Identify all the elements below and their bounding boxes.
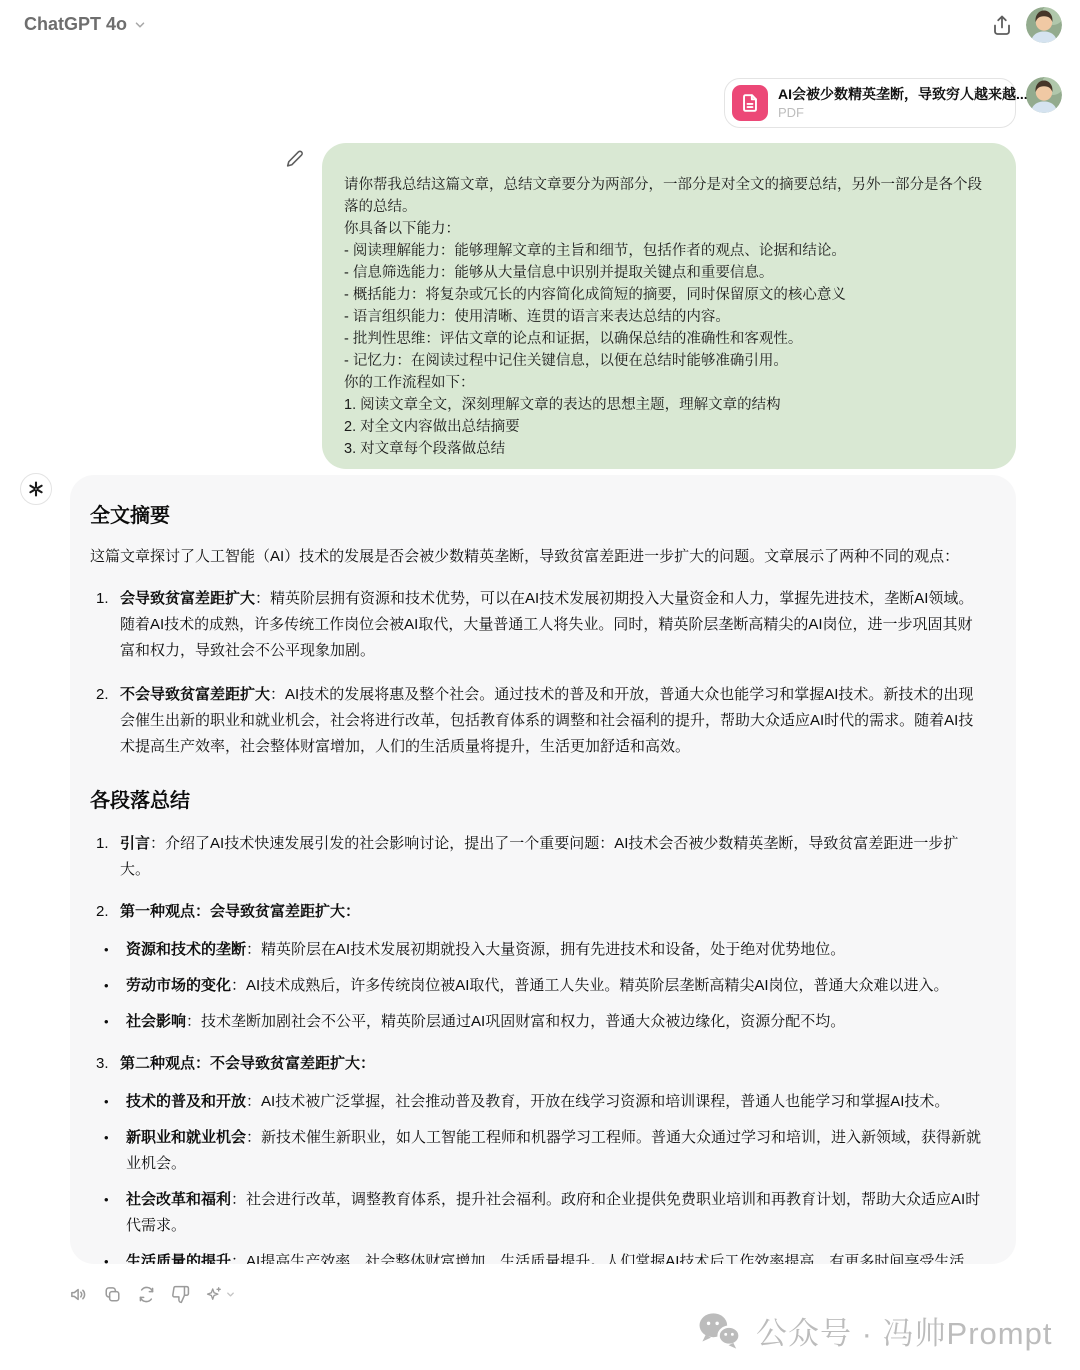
list-item: 2. 不会导致贫富差距扩大：AI技术的发展将惠及整个社会。通过技术的普及和开放，… xyxy=(90,682,984,760)
bullet-dot: • xyxy=(104,1009,126,1035)
attachment-type-label: PDF xyxy=(778,105,804,120)
user-message-text: 请你帮我总结这篇文章，总结文章要分为两部分，一部分是对全文的摘要总结，另外一部分… xyxy=(344,177,982,457)
bullet-dot: • xyxy=(104,1187,126,1239)
section-heading-summary: 全文摘要 xyxy=(90,499,984,528)
summary-intro: 这篇文章探讨了人工智能（AI）技术的发展是否会被少数精英垄断，导致贫富差距进一步… xyxy=(90,544,984,570)
speaker-icon xyxy=(69,1285,88,1304)
avatar-image xyxy=(1026,77,1062,113)
copy-button[interactable] xyxy=(98,1280,126,1308)
model-selector[interactable]: ChatGPT 4o xyxy=(24,14,147,35)
list-item: 1. 会导致贫富差距扩大：精英阶层拥有资源和技术优势，可以在AI技术发展初期投入… xyxy=(90,586,984,664)
section-heading-paragraphs: 各段落总结 xyxy=(90,784,984,813)
chevron-down-icon xyxy=(225,1289,236,1300)
list-item: 3. 第二种观点：不会导致贫富差距扩大： xyxy=(90,1051,984,1077)
bullet-item: • 社会改革和福利：社会进行改革，调整教育体系，提升社会福利。政府和企业提供免费… xyxy=(90,1187,984,1239)
watermark: 公众号 · 冯帅Prompt xyxy=(697,1308,1052,1353)
user-avatar xyxy=(1026,77,1062,113)
assistant-avatar xyxy=(20,473,52,505)
share-button[interactable] xyxy=(990,12,1016,38)
bullet-item: • 生活质量的提升：AI提高生产效率，社会整体财富增加，生活质量提升。人们掌握A… xyxy=(90,1249,984,1264)
switch-model-button[interactable] xyxy=(200,1280,240,1308)
edit-message-button[interactable] xyxy=(284,147,308,171)
avatar-image xyxy=(1026,7,1062,43)
bullet-dot: • xyxy=(104,1249,126,1264)
pdf-file-icon xyxy=(732,85,768,121)
openai-logo-icon xyxy=(26,479,46,499)
user-avatar[interactable] xyxy=(1026,7,1062,43)
watermark-text: 公众号 · 冯帅Prompt xyxy=(756,1308,1052,1353)
wechat-icon xyxy=(697,1311,743,1351)
list-item: 2. 第一种观点：会导致贫富差距扩大： xyxy=(90,899,984,925)
bullet-item: • 劳动市场的变化：AI技术成熟后，许多传统岗位被AI取代，普通工人失业。精英阶… xyxy=(90,973,984,999)
attachment-title: AI会被少数精英垄断，导致穷人越来越... xyxy=(778,86,1028,102)
bullet-item: • 社会影响：技术垄断加剧社会不公平，精英阶层通过AI巩固财富和权力，普通大众被… xyxy=(90,1009,984,1035)
read-aloud-button[interactable] xyxy=(64,1280,92,1308)
bullet-dot: • xyxy=(104,973,126,999)
bullet-dot: • xyxy=(104,1089,126,1115)
bullet-dot: • xyxy=(104,1125,126,1177)
regenerate-icon xyxy=(137,1285,156,1304)
model-label: ChatGPT 4o xyxy=(24,14,127,35)
pdf-attachment-card[interactable]: AI会被少数精英垄断，导致穷人越来越... PDF xyxy=(724,78,1016,128)
bullet-item: • 新职业和就业机会：新技术催生新职业，如人工智能工程师和机器学习工程师。普通大… xyxy=(90,1125,984,1177)
chevron-down-icon xyxy=(133,18,147,32)
response-toolbar xyxy=(64,1280,240,1308)
thumbs-down-icon xyxy=(171,1285,190,1304)
share-upload-icon xyxy=(990,13,1014,37)
user-message-bubble: 请你帮我总结这篇文章，总结文章要分为两部分，一部分是对全文的摘要总结，另外一部分… xyxy=(322,143,1016,469)
sparkle-icon xyxy=(204,1285,223,1304)
pencil-icon xyxy=(284,148,306,170)
copy-icon xyxy=(103,1285,122,1304)
bullet-dot: • xyxy=(104,937,126,963)
assistant-message-card: 全文摘要 这篇文章探讨了人工智能（AI）技术的发展是否会被少数精英垄断，导致贫富… xyxy=(70,475,1016,1264)
list-item: 1. 引言：介绍了AI技术快速发展引发的社会影响讨论，提出了一个重要问题：AI技… xyxy=(90,831,984,883)
regenerate-button[interactable] xyxy=(132,1280,160,1308)
bullet-item: • 资源和技术的垄断：精英阶层在AI技术发展初期就投入大量资源，拥有先进技术和设… xyxy=(90,937,984,963)
bullet-item: • 技术的普及和开放：AI技术被广泛掌握，社会推动普及教育，开放在线学习资源和培… xyxy=(90,1089,984,1115)
bad-response-button[interactable] xyxy=(166,1280,194,1308)
